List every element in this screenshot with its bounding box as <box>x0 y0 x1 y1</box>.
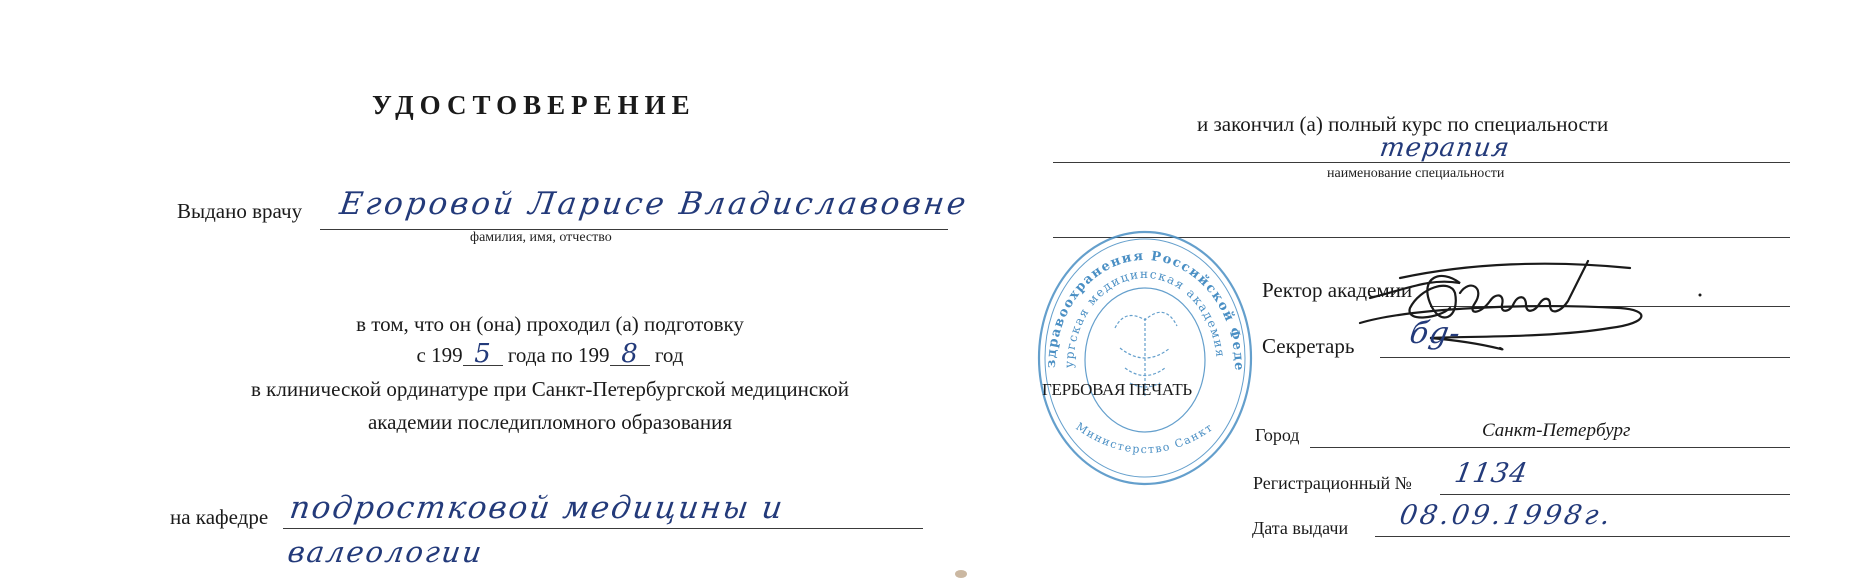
training-line-3: в клинической ординатуре при Санкт-Петер… <box>160 377 940 402</box>
department-label: на кафедре <box>170 505 268 530</box>
specialty-caption: наименование специальности <box>1327 166 1504 182</box>
training-middle: года по 199 <box>508 343 610 367</box>
issued-to-label: Выдано врачу <box>177 199 302 224</box>
specialty-value: терапия <box>1378 133 1512 163</box>
department-value-line-1: подростковой медицины и <box>287 490 786 526</box>
issue-date-value: 08.09.1998г. <box>1397 500 1615 531</box>
registration-value: 1134 <box>1452 458 1530 489</box>
training-line-4: академии последипломного образования <box>160 410 940 435</box>
city-underline <box>1310 447 1790 448</box>
secretary-underline <box>1380 357 1790 358</box>
secretary-signature: бg- <box>1407 316 1464 351</box>
training-line-1: в том, что он (она) проходил (а) подгото… <box>160 312 940 337</box>
training-to-digit: 8 <box>621 339 638 369</box>
issue-date-underline <box>1375 536 1790 537</box>
training-from-prefix: с 199 <box>417 343 463 367</box>
issued-to-caption: фамилия, имя, отчество <box>470 230 612 246</box>
issue-date-label: Дата выдачи <box>1252 518 1348 539</box>
city-value: Санкт-Петербург <box>1482 420 1630 442</box>
document-title: УДОСТОВЕРЕНИЕ <box>372 90 696 121</box>
training-from-digit: 5 <box>474 339 491 369</box>
issued-to-underline <box>320 229 948 230</box>
secretary-label: Секретарь <box>1262 334 1354 359</box>
department-value-line-2: валеологии <box>286 535 486 569</box>
city-label: Город <box>1255 425 1299 446</box>
official-seal-stamp-icon: здравоохранения Российской Федерации ург… <box>1035 228 1255 488</box>
training-from-year-field: 5 <box>463 343 503 366</box>
issued-to-name: Егоровой Ларисе Владиславовне <box>337 186 970 222</box>
specialty-underline <box>1053 162 1790 163</box>
registration-underline <box>1440 494 1790 495</box>
training-suffix: год <box>655 343 684 367</box>
training-years-line: с 1995 года по 1998 год <box>160 343 940 368</box>
training-to-year-field: 8 <box>610 343 650 366</box>
department-underline <box>283 528 923 529</box>
registration-label: Регистрационный № <box>1253 473 1412 494</box>
paper-smudge <box>955 570 967 578</box>
seal-label: ГЕРБОВАЯ ПЕЧАТЬ <box>1042 380 1192 400</box>
